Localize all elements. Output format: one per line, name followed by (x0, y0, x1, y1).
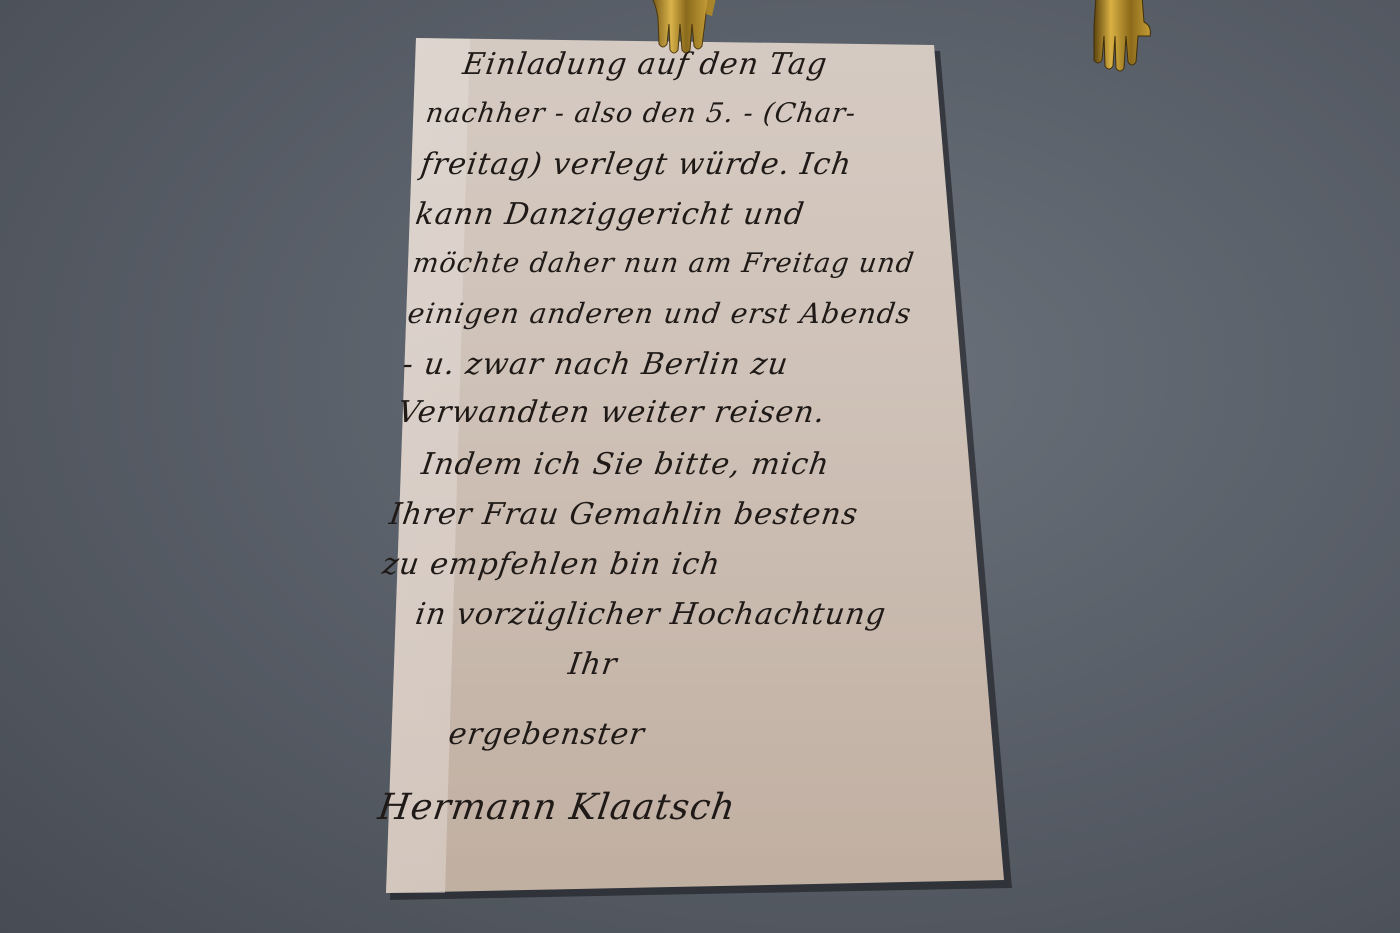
letter-signature: Hermann Klaatsch (376, 790, 738, 826)
letter-line-1: Einladung auf den Tag (461, 50, 830, 80)
letter-line-7: - u. zwar nach Berlin zu (401, 350, 791, 380)
letter-line-6: einigen anderen und erst Abends (406, 300, 913, 328)
letter-closing: in vorzüglicher Hochachtung (413, 600, 888, 630)
letter-line-10: Ihrer Frau Gemahlin bestens (388, 500, 861, 530)
letter-line-3: freitag) verlegt würde. Ich (419, 150, 854, 180)
letter-line-9: Indem ich Sie bitte, mich (420, 450, 832, 480)
letter-closing-ihr: Ihr (566, 650, 619, 680)
letter-line-5: möchte daher nun am Freitag und (411, 250, 916, 277)
letter-line-2: nachher - also den 5. - (Char- (424, 100, 858, 127)
letter-line-11: zu empfehlen bin ich (381, 550, 723, 580)
brass-hand-clip-right-icon (1086, 0, 1156, 76)
letter-line-4: kann Danziggericht und (414, 200, 807, 230)
letter-closing-ergebenster: ergebenster (447, 720, 647, 750)
letter-line-8: Verwandten weiter reisen. (396, 398, 827, 428)
